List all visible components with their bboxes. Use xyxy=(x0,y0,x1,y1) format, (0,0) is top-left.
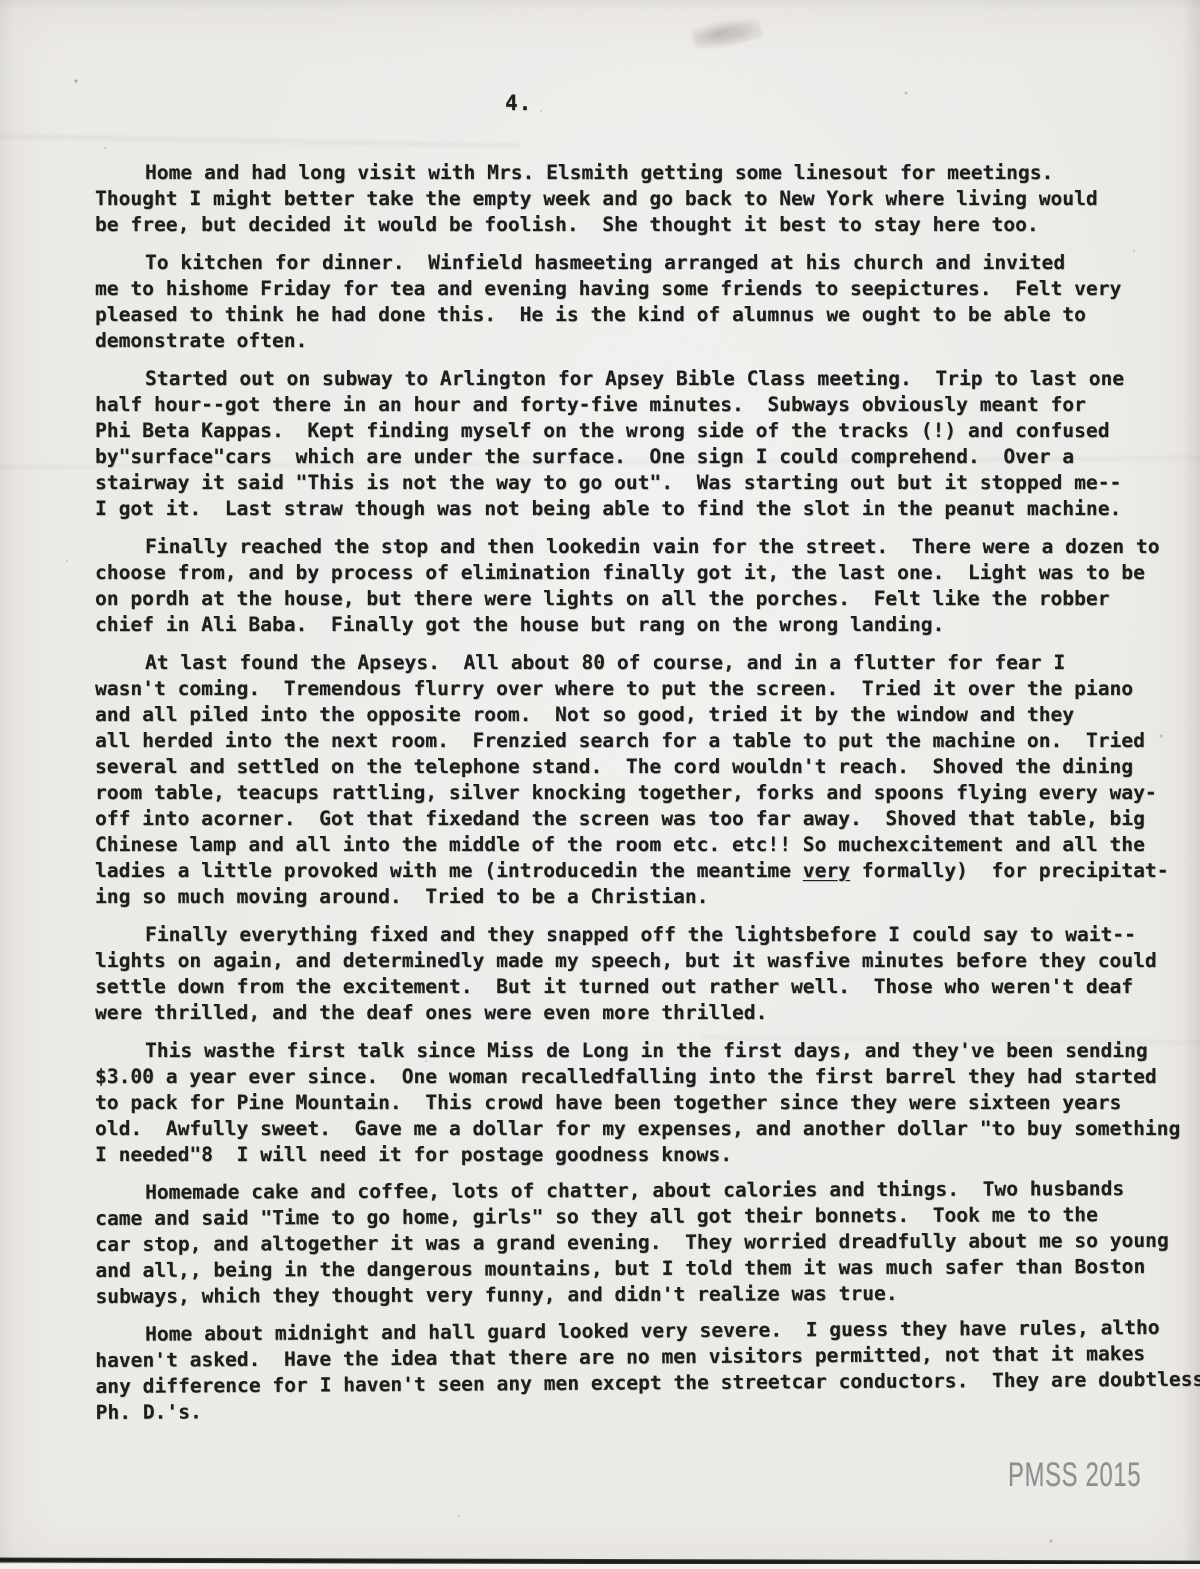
paragraph-1: Home and had long visit with Mrs. Elsmit… xyxy=(95,160,1195,238)
paper-crease xyxy=(0,131,520,151)
letter-body: Home and had long visit with Mrs. Elsmit… xyxy=(95,160,1195,1438)
paragraph-9: Home about midnight and hall guard looke… xyxy=(95,1315,1196,1426)
paragraph-2: To kitchen for dinner. Winfield hasmeeti… xyxy=(95,250,1195,354)
paragraph-5: At last found the Apseys. All about 80 o… xyxy=(95,650,1195,910)
page-number: 4. xyxy=(505,90,532,116)
paragraph-4: Finally reached the stop and then looked… xyxy=(95,534,1195,638)
paragraph-3: Started out on subway to Arlington for A… xyxy=(95,366,1195,522)
paper-specks xyxy=(0,0,2,2)
pmss-watermark: PMSS 2015 xyxy=(1008,1456,1141,1495)
paragraph-8: Homemade cake and coffee, lots of chatte… xyxy=(95,1176,1195,1310)
pencil-smudge xyxy=(691,12,763,54)
paragraph-6: Finally everything fixed and they snappe… xyxy=(95,922,1195,1026)
scanner-background xyxy=(0,1564,1200,1569)
paragraph-7: This wasthe first talk since Miss de Lon… xyxy=(95,1038,1195,1168)
paragraph-5-text: At last found the Apseys. All about 80 o… xyxy=(95,651,1157,882)
underlined-word: very xyxy=(803,859,850,882)
scanned-letter-page: 4. Home and had long visit with Mrs. Els… xyxy=(0,0,1200,1569)
